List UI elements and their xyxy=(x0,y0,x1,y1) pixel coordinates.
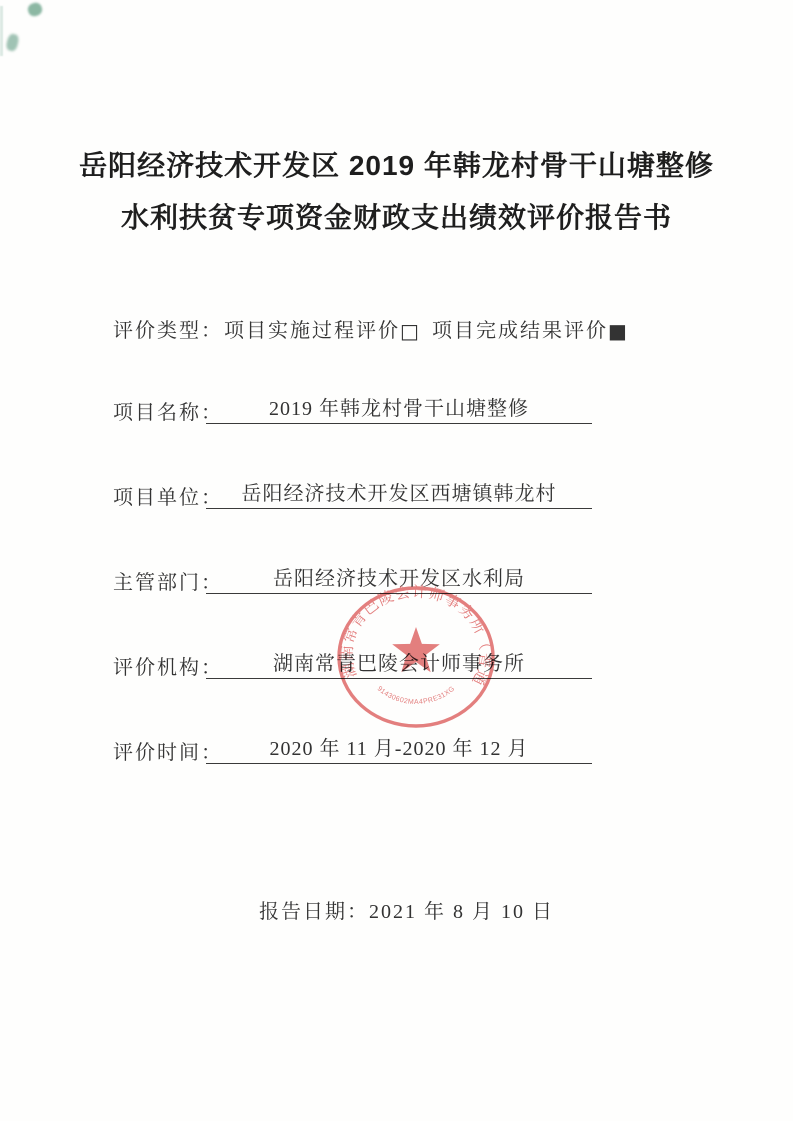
title-line-2: 水利扶贫专项资金财政支出绩效评价报告书 xyxy=(0,192,793,244)
evaluation-type-row: 评价类型： 项目实施过程评价□ 项目完成结果评价■ xyxy=(0,314,793,344)
field-evaluation-agency: 评价机构： 湖南常青巴陵会计师事务所 xyxy=(0,651,793,681)
field-project-name: 项目名称： 2019 年韩龙村骨干山塘整修 xyxy=(0,396,793,426)
title-line-1: 岳阳经济技术开发区 2019 年韩龙村骨干山塘整修 xyxy=(0,140,793,192)
edge-scan-smudge xyxy=(0,6,3,56)
field-value-underlined: 2019 年韩龙村骨干山塘整修 xyxy=(206,392,592,424)
field-project-unit: 项目单位： 岳阳经济技术开发区西塘镇韩龙村 xyxy=(0,481,793,511)
option-process-evaluation: 项目实施过程评价□ xyxy=(224,314,421,343)
field-value-underlined: 湖南常青巴陵会计师事务所 xyxy=(206,647,592,679)
document-title: 岳阳经济技术开发区 2019 年韩龙村骨干山塘整修 水利扶贫专项资金财政支出绩效… xyxy=(0,140,793,244)
field-supervising-department: 主管部门： 岳阳经济技术开发区水利局 xyxy=(0,566,793,596)
option-result-evaluation: 项目完成结果评价■ xyxy=(432,314,629,343)
seal-credit-code: 91430602MA4PRE31XG xyxy=(376,685,457,706)
green-scan-mark xyxy=(26,1,44,18)
field-evaluation-period: 评价时间： 2020 年 11 月-2020 年 12 月 xyxy=(0,736,793,766)
checkbox-empty-icon: □ xyxy=(400,319,421,343)
option-process-label: 项目实施过程评价 xyxy=(224,320,400,342)
evaluation-type-label: 评价类型： xyxy=(113,314,223,343)
field-value-underlined: 2020 年 11 月-2020 年 12 月 xyxy=(206,732,592,764)
green-scan-mark xyxy=(5,33,20,52)
field-value-underlined: 岳阳经济技术开发区西塘镇韩龙村 xyxy=(206,477,592,509)
checkbox-filled-icon: ■ xyxy=(608,319,629,343)
field-value-underlined: 岳阳经济技术开发区水利局 xyxy=(206,562,592,594)
option-result-label: 项目完成结果评价 xyxy=(432,320,608,342)
report-cover-page: 岳阳经济技术开发区 2019 年韩龙村骨干山塘整修 水利扶贫专项资金财政支出绩效… xyxy=(0,0,793,1121)
report-date: 报告日期：2021 年 8 月 10 日 xyxy=(10,895,793,924)
